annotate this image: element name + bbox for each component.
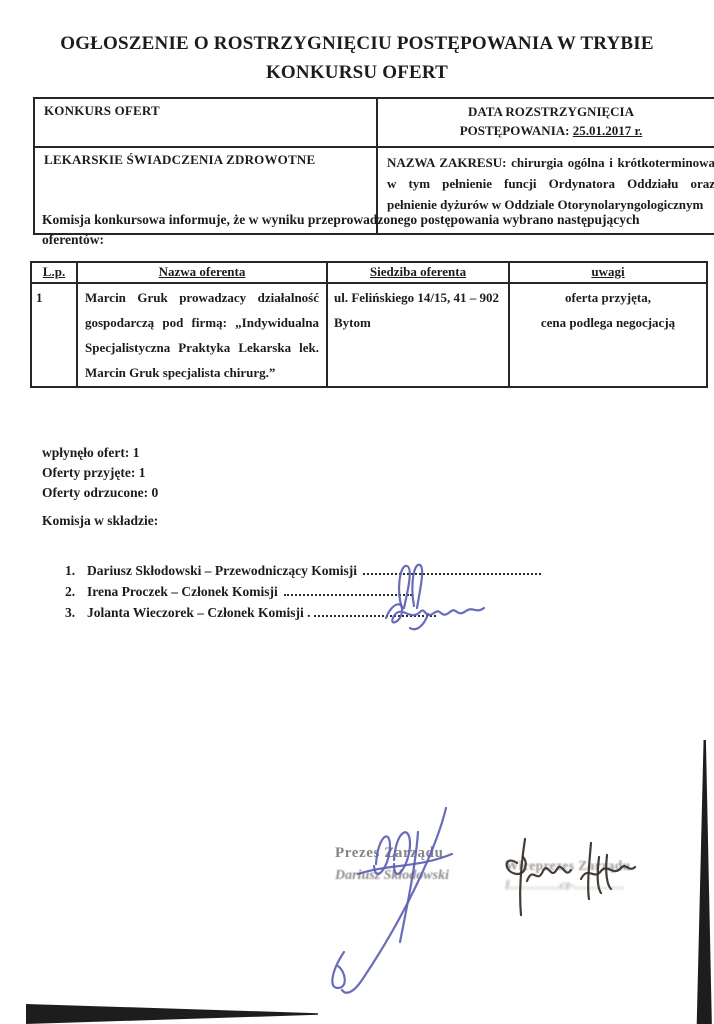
offer-uwagi: oferta przyjęta, cena podlega negocjacją (509, 283, 707, 387)
scan-artifact-bottom-bar (26, 1004, 318, 1024)
document-title: OGŁOSZENIE O ROSTRZYGNIĘCIU POSTĘPOWANIA… (42, 30, 672, 87)
data-rozstrzygniecia-cell: DATA ROZSTRZYGNIĘCIA POSTĘPOWANIA: 25.01… (377, 98, 714, 147)
scanned-document-page: OGŁOSZENIE O ROSTRZYGNIĘCIU POSTĘPOWANIA… (0, 0, 714, 1024)
uwagi-line: oferta przyjęta, (514, 285, 702, 310)
uwagi-line: cena podlega negocjacją (514, 310, 702, 335)
column-header-uwagi: uwagi (509, 262, 707, 283)
konkurs-ofert-cell: KONKURS OFERT (34, 98, 377, 147)
committee-member: Dariusz Skłodowski – Przewodniczący Komi… (87, 563, 360, 578)
committee-signature-ink (380, 556, 490, 636)
offer-lp: 1 (31, 283, 77, 387)
offer-siedziba: ul. Felińskiego 14/15, 41 – 902 Bytom (327, 283, 509, 387)
committee-heading: Komisja w składzie: (42, 513, 158, 529)
table-row: KONKURS OFERT DATA ROZSTRZYGNIĘCIA POSTĘ… (34, 98, 714, 147)
stat-received: wpłynęło ofert: 1 (42, 443, 158, 463)
table-row: 1 Marcin Gruk prowadzacy działalność gos… (31, 283, 707, 387)
decision-date: 25.01.2017 r. (573, 123, 643, 138)
intro-paragraph: Komisja konkursowa informuje, że w wynik… (42, 210, 686, 250)
offers-header-row: L.p. Nazwa oferenta Siedziba oferenta uw… (31, 262, 707, 283)
scan-artifact-right-bar (696, 740, 714, 1024)
committee-member: Jolanta Wieczorek – Członek Komisji . (87, 605, 311, 620)
date-heading: DATA ROZSTRZYGNIĘCIA (387, 103, 714, 122)
column-header-siedziba: Siedziba oferenta (327, 262, 509, 283)
column-header-lp: L.p. (31, 262, 77, 283)
offer-nazwa: Marcin Gruk prowadzacy działalność gospo… (77, 283, 327, 387)
offers-table: L.p. Nazwa oferenta Siedziba oferenta uw… (30, 261, 708, 388)
date-line: POSTĘPOWANIA: 25.01.2017 r. (387, 122, 714, 141)
president-signature-ink (318, 802, 483, 997)
committee-member: Irena Proczek – Członek Komisji (87, 584, 281, 599)
vice-president-signature-ink (495, 835, 640, 920)
stat-rejected: Oferty odrzucone: 0 (42, 483, 158, 503)
column-header-nazwa: Nazwa oferenta (77, 262, 327, 283)
stat-accepted: Oferty przyjęte: 1 (42, 463, 158, 483)
offer-statistics: wpłynęło ofert: 1 Oferty przyjęte: 1 Ofe… (42, 443, 158, 503)
